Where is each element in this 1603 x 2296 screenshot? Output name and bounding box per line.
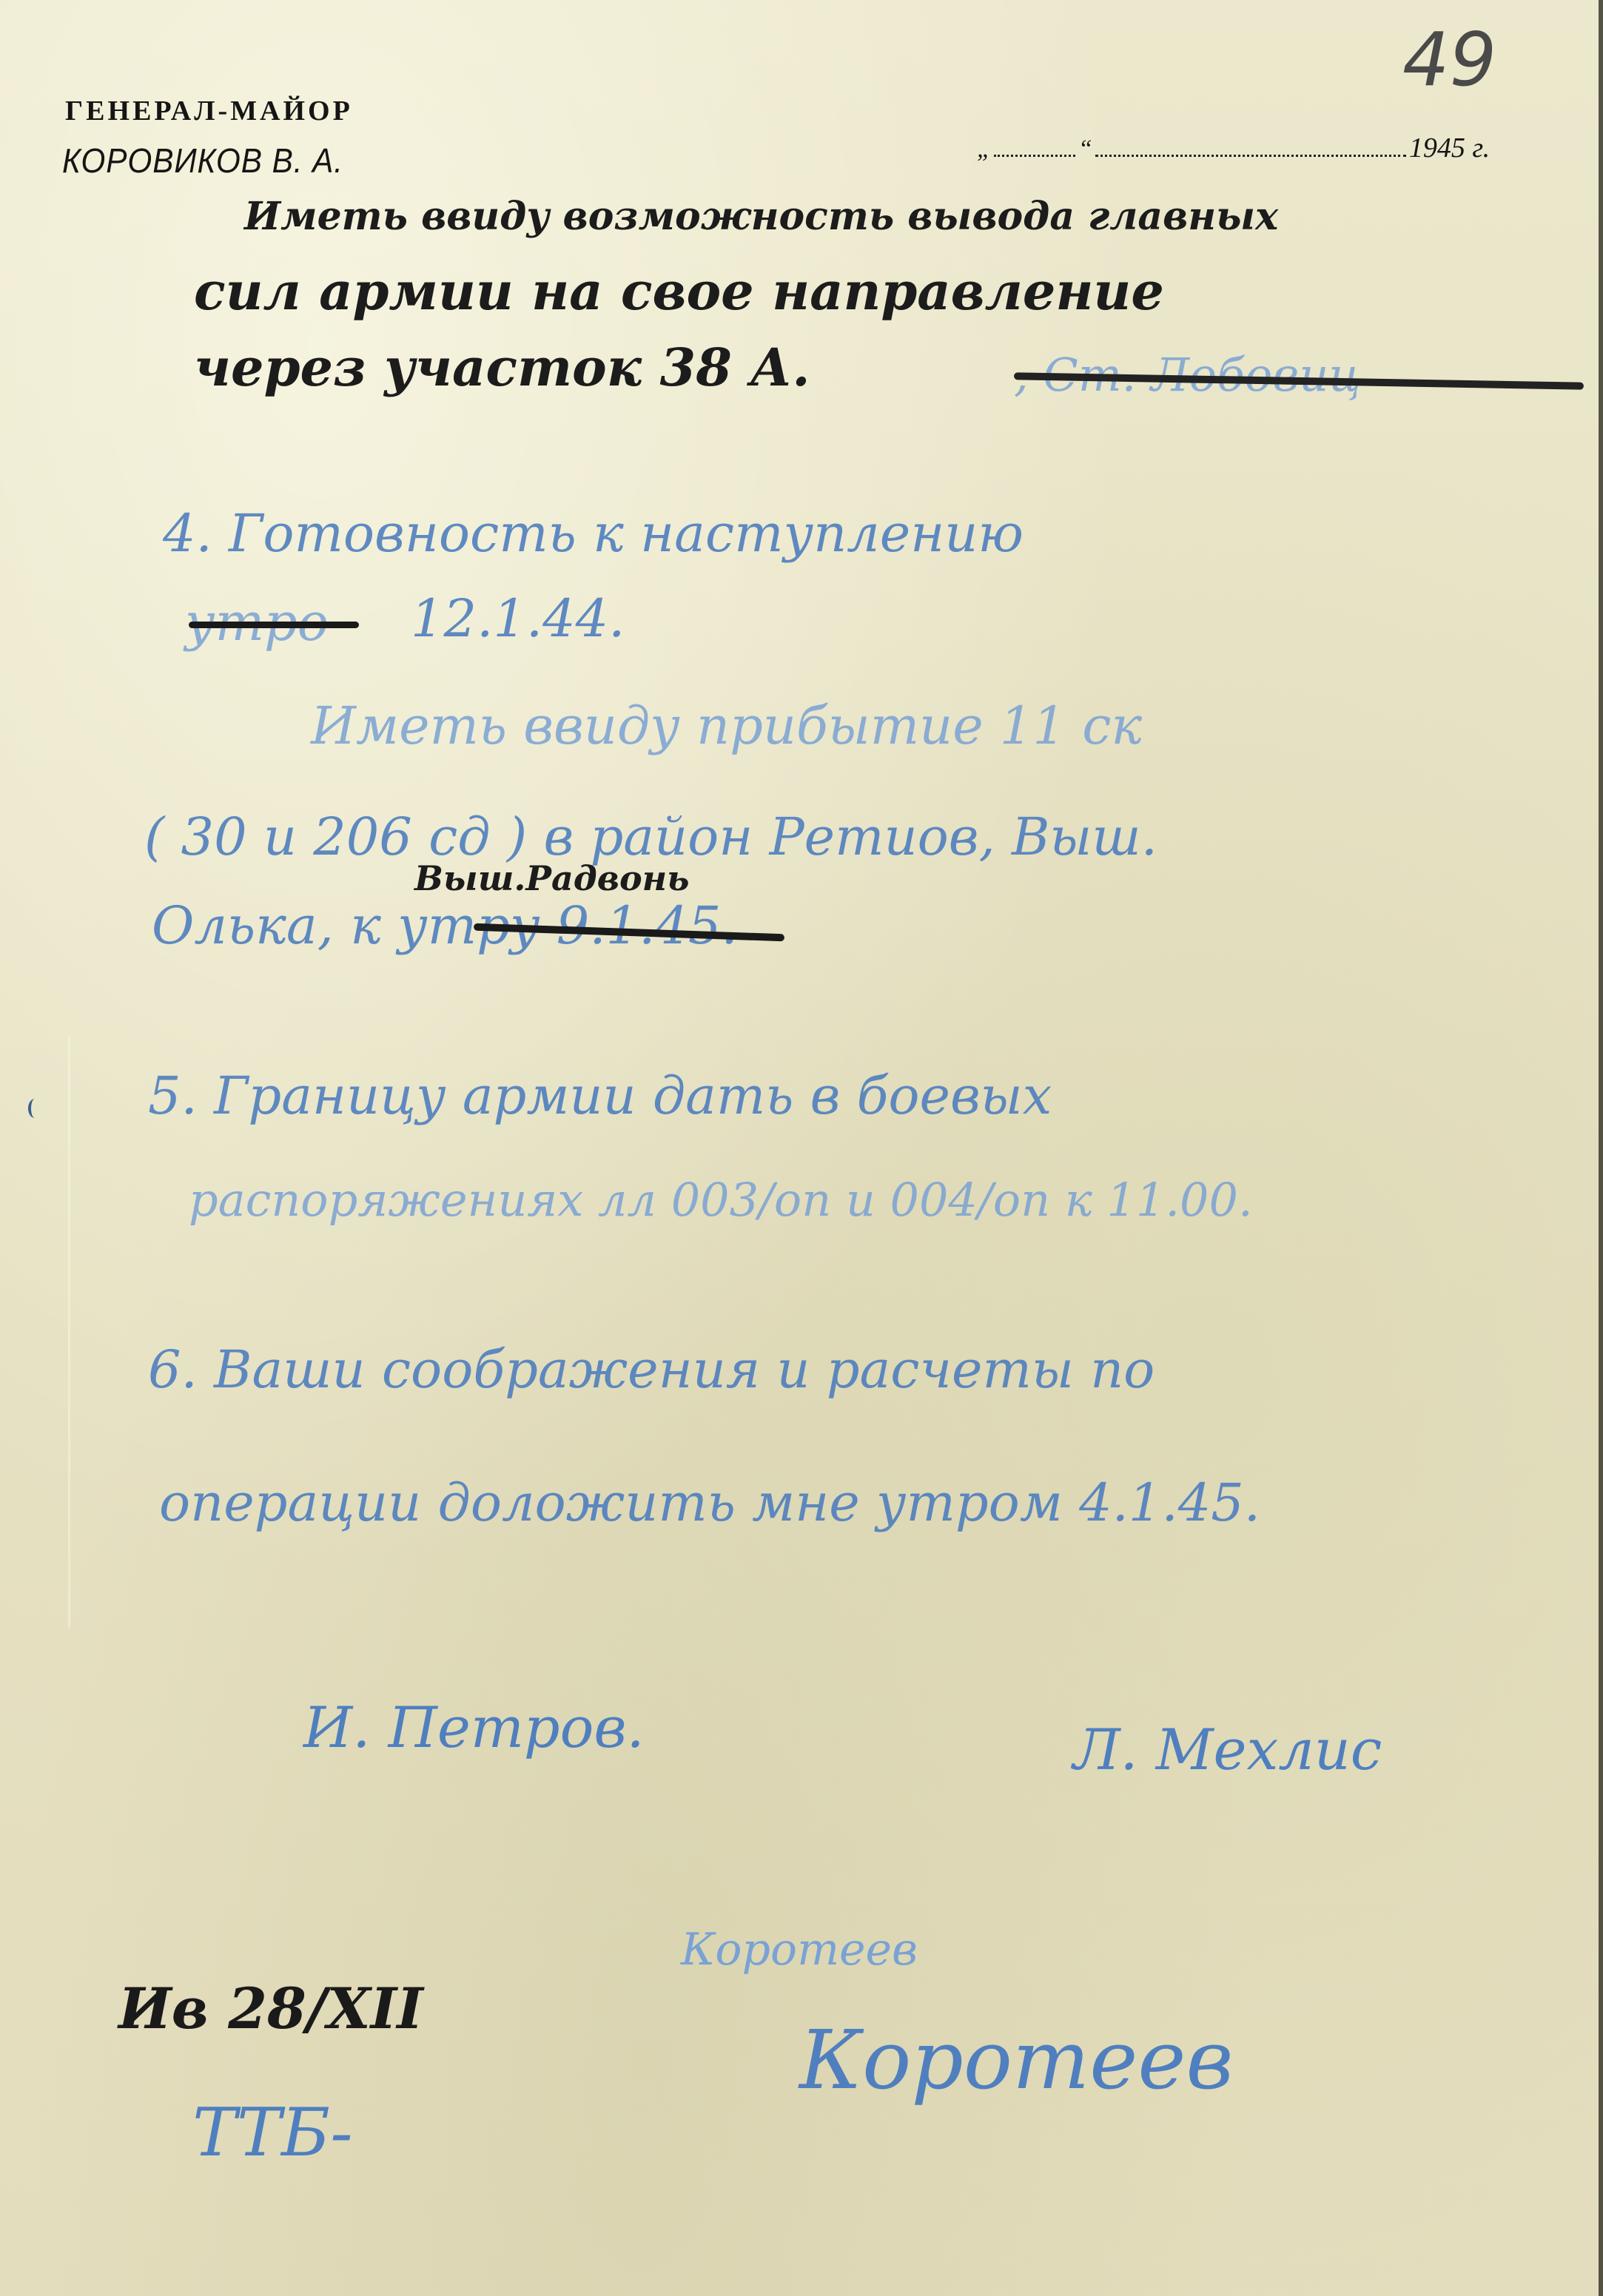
item-4-date: 12.1.44. — [411, 588, 625, 649]
margin-ink-mark — [28, 1099, 41, 1118]
item-4-line-3: Иметь ввиду прибытие 11 ск — [311, 696, 1142, 756]
item-5-line-1: 5. Границу армии дать в боевых — [148, 1065, 1052, 1126]
signature-label-koroteev: Коротеев — [681, 1924, 918, 1976]
page-edge-shadow — [1599, 0, 1603, 2296]
letterhead-name: КОРОВИКОВ В. А. — [62, 141, 343, 181]
date-day-blank — [994, 155, 1075, 157]
letterhead-rank: ГЕНЕРАЛ-МАЙОР — [65, 95, 353, 127]
date-month-blank — [1095, 155, 1406, 157]
date-close-quote: “ — [1078, 135, 1092, 164]
signature-blue-initials: ТТБ- — [192, 2094, 353, 2172]
signature-koroteev: Коротеев — [799, 2013, 1234, 2107]
item-4-line-1: 4. Готовность к наступлению — [163, 503, 1024, 564]
signature-black-initials: Ив 28/XII — [118, 1976, 423, 2041]
date-open-quote: „ — [977, 135, 991, 164]
letterhead-date-line: „ “ 1945 г. — [977, 132, 1490, 164]
item-6-line-1: 6. Ваши соображения и расчеты по — [148, 1339, 1155, 1400]
paper-fold-line — [68, 1036, 70, 1628]
scanned-document-page: 49 ГЕНЕРАЛ-МАЙОР КОРОВИКОВ В. А. „ “ 194… — [0, 0, 1603, 2296]
item-4-line-5: Олька, к утру 9.1.45. — [152, 895, 738, 956]
item-4-insert-correction: Выш.Радвонь — [414, 858, 690, 898]
handwritten-line-3: через участок 38 А. — [194, 337, 810, 398]
handwritten-line-2: сил армии на свое направление — [194, 260, 1164, 322]
item-6-line-2: операции доложить мне утром 4.1.45. — [159, 1472, 1260, 1533]
strikethrough-line — [189, 622, 359, 628]
signature-mekhlis: Л. Мехлис — [1073, 1717, 1382, 1782]
signature-petrov: И. Петров. — [303, 1694, 645, 1760]
date-year: 1945 г. — [1409, 132, 1490, 164]
handwritten-line-1: Иметь ввиду возможность вывода главных — [244, 194, 1278, 239]
archive-page-number: 49 — [1402, 16, 1496, 103]
item-5-line-2: распоряжениях лл 003/оп и 004/оп к 11.00… — [189, 1173, 1253, 1227]
